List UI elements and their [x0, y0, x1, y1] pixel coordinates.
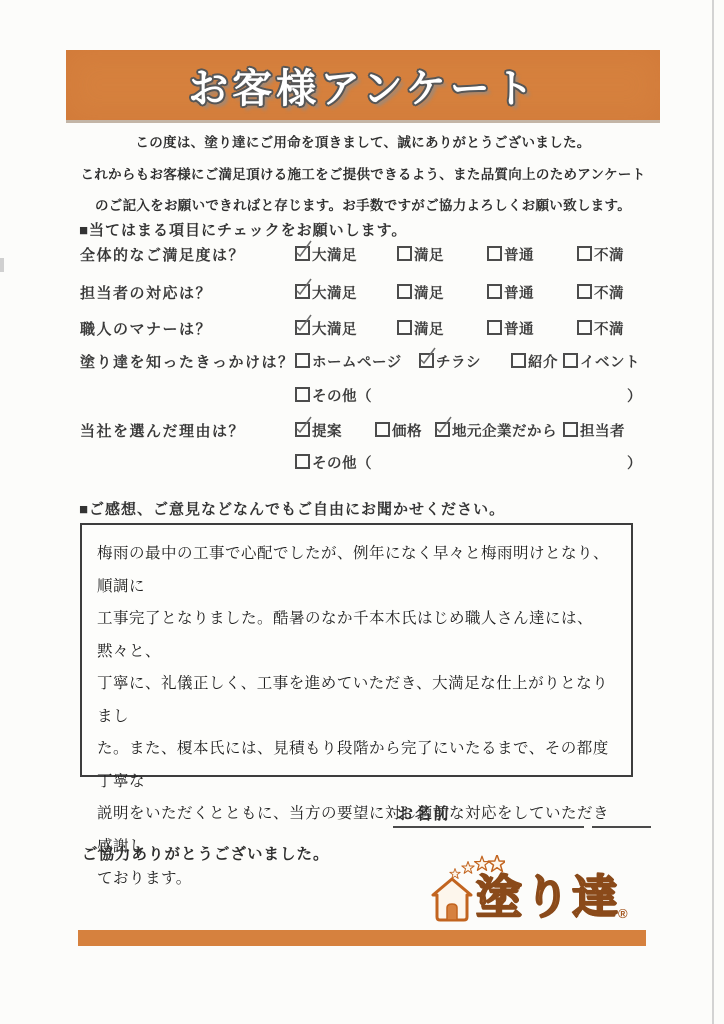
- question-label: 塗り達を知ったきっかけは？: [80, 351, 295, 372]
- intro-line: この度は、塗り達にご用命を頂きまして、誠にありがとうございました。: [56, 127, 670, 159]
- question-label: 当社を選んだ理由は？: [80, 420, 245, 441]
- checkbox[interactable]: [295, 246, 310, 261]
- checkbox[interactable]: [435, 422, 450, 437]
- checkbox[interactable]: [577, 284, 592, 299]
- checkbox[interactable]: [419, 353, 434, 368]
- option-label: 大満足: [312, 248, 357, 264]
- checkbox[interactable]: [375, 422, 390, 437]
- question-row-overall-satisfaction: 全体的なご満足度は？ 大満足 満足 普通 不満: [0, 244, 724, 266]
- option-local-company: 地元企業だから: [435, 420, 557, 441]
- option-label: 満足: [414, 322, 444, 338]
- check-mark-icon: [294, 277, 314, 299]
- comment-line: 丁寧に、礼儀正しく、工事を進めていただき、大満足な仕上がりとなりまし: [97, 668, 619, 733]
- option-label: 価格: [392, 424, 422, 440]
- option-fuman: 不満: [577, 282, 624, 303]
- checkbox[interactable]: [487, 320, 502, 335]
- option-label: 満足: [414, 286, 444, 302]
- comment-text: 梅雨の最中の工事で心配でしたが、例年になく早々と梅雨明けとなり、順調に 工事完了…: [82, 525, 631, 896]
- checkbox[interactable]: [397, 246, 412, 261]
- option-daimanzoku: 大満足: [295, 318, 357, 339]
- comment-line: 梅雨の最中の工事で心配でしたが、例年になく早々と梅雨明けとなり、順調に: [97, 538, 619, 603]
- intro-line: のご記入をお願いできればと存じます。お手数ですがご協力よろしくお願い致します。: [56, 190, 670, 222]
- name-input-line-2[interactable]: [592, 826, 651, 828]
- comment-line: た。また、榎本氏には、見積もり段階から完了にいたるまで、その都度丁寧な: [97, 733, 619, 798]
- option-label: その他（: [312, 456, 372, 472]
- option-label: 満足: [414, 248, 444, 264]
- option-other: その他（: [295, 385, 372, 406]
- option-label: 紹介: [528, 355, 558, 371]
- option-futsuu: 普通: [487, 244, 534, 265]
- checkbox[interactable]: [295, 422, 310, 437]
- comment-line: 工事完了となりました。酷暑のなか千本木氏はじめ職人さん達には、黙々と、: [97, 603, 619, 668]
- bottom-accent-bar: [78, 930, 646, 946]
- question-label: 全体的なご満足度は？: [80, 244, 245, 265]
- paren-close: ）: [627, 452, 642, 473]
- option-manzoku: 満足: [397, 244, 444, 265]
- option-futsuu: 普通: [487, 318, 534, 339]
- check-section-heading: ■当てはまる項目にチェックをお願いします。: [79, 219, 407, 240]
- check-mark-icon: [434, 415, 454, 437]
- question-row-reason-chosen: 当社を選んだ理由は？ 提案 価格 地元企業だから 担当者: [0, 420, 724, 442]
- checkbox[interactable]: [563, 353, 578, 368]
- option-daimanzoku: 大満足: [295, 244, 357, 265]
- question-row-reason-other: その他（ ）: [0, 452, 724, 474]
- page-title: お客様アンケート: [188, 57, 538, 114]
- scan-edge-line: [712, 0, 714, 1024]
- checkbox[interactable]: [295, 320, 310, 335]
- option-label: 大満足: [312, 322, 357, 338]
- checkbox[interactable]: [487, 246, 502, 261]
- registered-trademark-icon: ®: [618, 906, 628, 921]
- option-label: 担当者: [580, 424, 625, 440]
- option-label: ホームページ: [312, 355, 402, 371]
- option-futsuu: 普通: [487, 282, 534, 303]
- check-mark-icon: [294, 239, 314, 261]
- option-other: その他（: [295, 452, 372, 473]
- title-banner: お客様アンケート: [66, 50, 660, 120]
- checkbox[interactable]: [563, 422, 578, 437]
- option-shoukai: 紹介: [511, 351, 558, 372]
- name-input-line[interactable]: [393, 826, 584, 828]
- checkbox[interactable]: [295, 454, 310, 469]
- checkbox[interactable]: [397, 320, 412, 335]
- question-row-staff-response: 担当者の対応は？ 大満足 満足 普通 不満: [0, 282, 724, 304]
- intro-line: これからもお客様にご満足頂ける施工をご提供できるよう、また品質向上のためアンケー…: [56, 159, 670, 191]
- check-mark-icon: [294, 415, 314, 437]
- question-row-worker-manner: 職人のマナーは？ 大満足 満足 普通 不満: [0, 318, 724, 340]
- scan-speck: [0, 258, 4, 272]
- check-mark-icon: [418, 346, 438, 368]
- option-label: 不満: [594, 322, 624, 338]
- question-label: 職人のマナーは？: [80, 318, 212, 339]
- option-label: 大満足: [312, 286, 357, 302]
- comment-field[interactable]: 梅雨の最中の工事で心配でしたが、例年になく早々と梅雨明けとなり、順調に 工事完了…: [80, 523, 633, 777]
- checkbox[interactable]: [577, 246, 592, 261]
- logo-house-icon: [429, 876, 475, 924]
- option-manzoku: 満足: [397, 282, 444, 303]
- option-label: 普通: [504, 248, 534, 264]
- option-label: 不満: [594, 286, 624, 302]
- option-event: イベント: [563, 351, 640, 372]
- option-daimanzoku: 大満足: [295, 282, 357, 303]
- option-manzoku: 満足: [397, 318, 444, 339]
- checkbox[interactable]: [295, 353, 310, 368]
- option-label: その他（: [312, 389, 372, 405]
- intro-paragraph: この度は、塗り達にご用命を頂きまして、誠にありがとうございました。 これからもお…: [56, 127, 670, 222]
- company-logo-text: 塗り達: [476, 861, 620, 927]
- question-row-how-found-other: その他（ ）: [0, 385, 724, 407]
- checkbox[interactable]: [511, 353, 526, 368]
- question-label: 担当者の対応は？: [80, 282, 212, 303]
- option-label: 普通: [504, 286, 534, 302]
- question-row-how-found: 塗り達を知ったきっかけは？ ホームページ チラシ 紹介 イベント: [0, 351, 724, 373]
- paren-close: ）: [627, 385, 642, 406]
- feedback-section-heading: ■ご感想、ご意見などなんでもご自由にお聞かせください。: [79, 498, 505, 519]
- option-fuman: 不満: [577, 244, 624, 265]
- option-teian: 提案: [295, 420, 342, 441]
- option-kakaku: 価格: [375, 420, 422, 441]
- check-mark-icon: [294, 313, 314, 335]
- option-label: イベント: [580, 355, 640, 371]
- thanks-message: ご協力ありがとうございました。: [82, 842, 330, 864]
- option-label: 不満: [594, 248, 624, 264]
- option-fuman: 不満: [577, 318, 624, 339]
- checkbox[interactable]: [295, 284, 310, 299]
- option-chirashi: チラシ: [419, 351, 481, 372]
- option-label: 地元企業だから: [452, 424, 557, 440]
- checkbox[interactable]: [487, 284, 502, 299]
- checkbox[interactable]: [577, 320, 592, 335]
- survey-form-page: お客様アンケート この度は、塗り達にご用命を頂きまして、誠にありがとうございまし…: [0, 0, 724, 1024]
- option-tantousha: 担当者: [563, 420, 625, 441]
- checkbox[interactable]: [295, 387, 310, 402]
- option-label: 普通: [504, 322, 534, 338]
- option-label: 提案: [312, 424, 342, 440]
- option-homepage: ホームページ: [295, 351, 402, 372]
- option-label: チラシ: [436, 355, 481, 371]
- name-field-label: お名前: [397, 801, 451, 824]
- checkbox[interactable]: [397, 284, 412, 299]
